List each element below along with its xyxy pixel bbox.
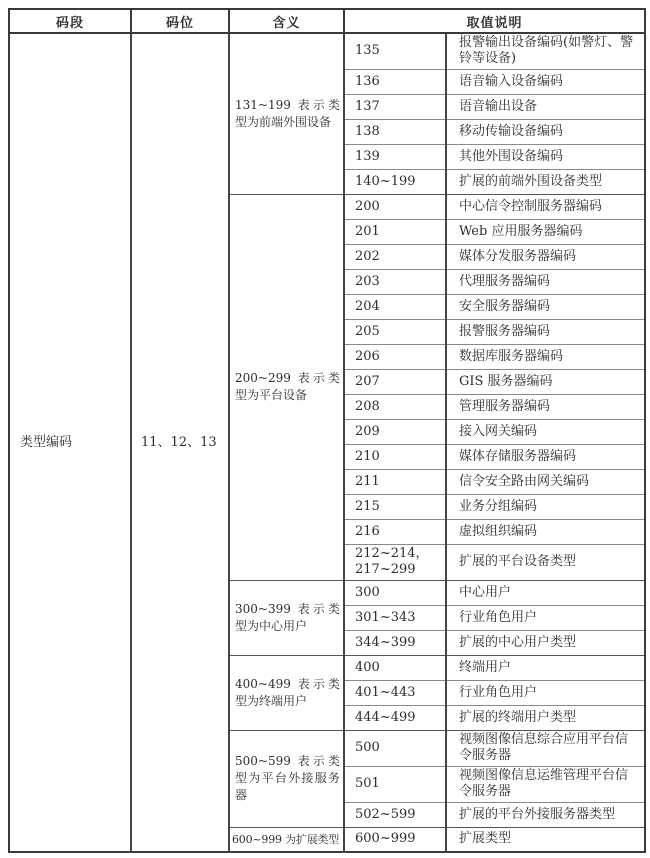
value-desc: 报警服务器编码 [446,319,645,344]
value-code: 137 [344,94,446,119]
value-desc: 中心信令控制服务器编码 [446,194,645,219]
value-desc: 语音输入设备编码 [446,69,645,94]
value-code: 210 [344,444,446,469]
value-desc: 管理服务器编码 [446,394,645,419]
value-desc: 扩展的中心用户类型 [446,630,645,655]
value-desc: 视频图像信息运维管理平台信令服务器 [446,766,645,802]
value-code: 502~599 [344,802,446,827]
value-code: 206 [344,344,446,369]
value-desc: 报警输出设备编码(如警灯、警铃等设备) [446,33,645,69]
value-desc: 扩展的平台设备类型 [446,544,645,580]
value-desc: Web 应用服务器编码 [446,219,645,244]
value-desc: 数据库服务器编码 [446,344,645,369]
value-desc: 扩展的平台外接服务器类型 [446,802,645,827]
value-desc: 扩展类型 [446,827,645,852]
value-code: 444~499 [344,705,446,730]
value-desc: 行业角色用户 [446,605,645,630]
value-code: 135 [344,33,446,69]
value-desc: 终端用户 [446,655,645,680]
meaning-cell-extended-type: 600~999 为扩展类型 [229,827,344,852]
value-code: 139 [344,144,446,169]
value-code: 211 [344,469,446,494]
meaning-cell-center-user: 300~399 表示类型为中心用户 [229,580,344,655]
value-desc: 扩展的终端用户类型 [446,705,645,730]
value-desc: 媒体分发服务器编码 [446,244,645,269]
value-desc: 其他外围设备编码 [446,144,645,169]
value-desc: 行业角色用户 [446,680,645,705]
value-desc: 接入网关编码 [446,419,645,444]
value-desc: 中心用户 [446,580,645,605]
value-code: 212~214，217~299 [344,544,446,580]
value-code: 300 [344,580,446,605]
header-cell-segment: 码段 [9,9,131,33]
position-cell: 11、12、13 [131,33,229,852]
value-code: 204 [344,294,446,319]
value-code: 202 [344,244,446,269]
value-code: 215 [344,494,446,519]
code-table: 码段 码位 含义 取值说明 类型编码 11、12、13 131~199 表示类型… [8,8,646,853]
value-code: 500 [344,730,446,766]
value-code: 203 [344,269,446,294]
value-code: 140~199 [344,169,446,194]
value-code: 501 [344,766,446,802]
value-desc: 安全服务器编码 [446,294,645,319]
value-code: 138 [344,119,446,144]
header-cell-values: 取值说明 [344,9,645,33]
value-code: 301~343 [344,605,446,630]
meaning-cell-platform-device: 200~299 表示类型为平台设备 [229,194,344,580]
value-code: 209 [344,419,446,444]
value-desc: 扩展的前端外围设备类型 [446,169,645,194]
value-desc: 媒体存储服务器编码 [446,444,645,469]
value-code: 201 [344,219,446,244]
value-code: 207 [344,369,446,394]
value-desc: GIS 服务器编码 [446,369,645,394]
value-code: 200 [344,194,446,219]
value-code: 600~999 [344,827,446,852]
value-desc: 代理服务器编码 [446,269,645,294]
meaning-cell-external-server: 500~599 表示类型为平台外接服务器 [229,730,344,827]
header-row: 码段 码位 含义 取值说明 [9,9,645,33]
value-code: 208 [344,394,446,419]
value-code: 400 [344,655,446,680]
table-row: 类型编码 11、12、13 131~199 表示类型为前端外围设备 135 报警… [9,33,645,69]
value-desc: 信令安全路由网关编码 [446,469,645,494]
segment-cell: 类型编码 [9,33,131,852]
value-code: 216 [344,519,446,544]
value-code: 205 [344,319,446,344]
meaning-cell-frontend-peripheral: 131~199 表示类型为前端外围设备 [229,33,344,194]
value-desc: 移动传输设备编码 [446,119,645,144]
header-cell-position: 码位 [131,9,229,33]
value-code: 401~443 [344,680,446,705]
value-desc: 业务分组编码 [446,494,645,519]
value-desc: 虚拟组织编码 [446,519,645,544]
meaning-cell-terminal-user: 400~499 表示类型为终端用户 [229,655,344,730]
value-code: 136 [344,69,446,94]
value-code: 344~399 [344,630,446,655]
header-cell-meaning: 含义 [229,9,344,33]
value-desc: 语音输出设备 [446,94,645,119]
value-desc: 视频图像信息综合应用平台信令服务器 [446,730,645,766]
